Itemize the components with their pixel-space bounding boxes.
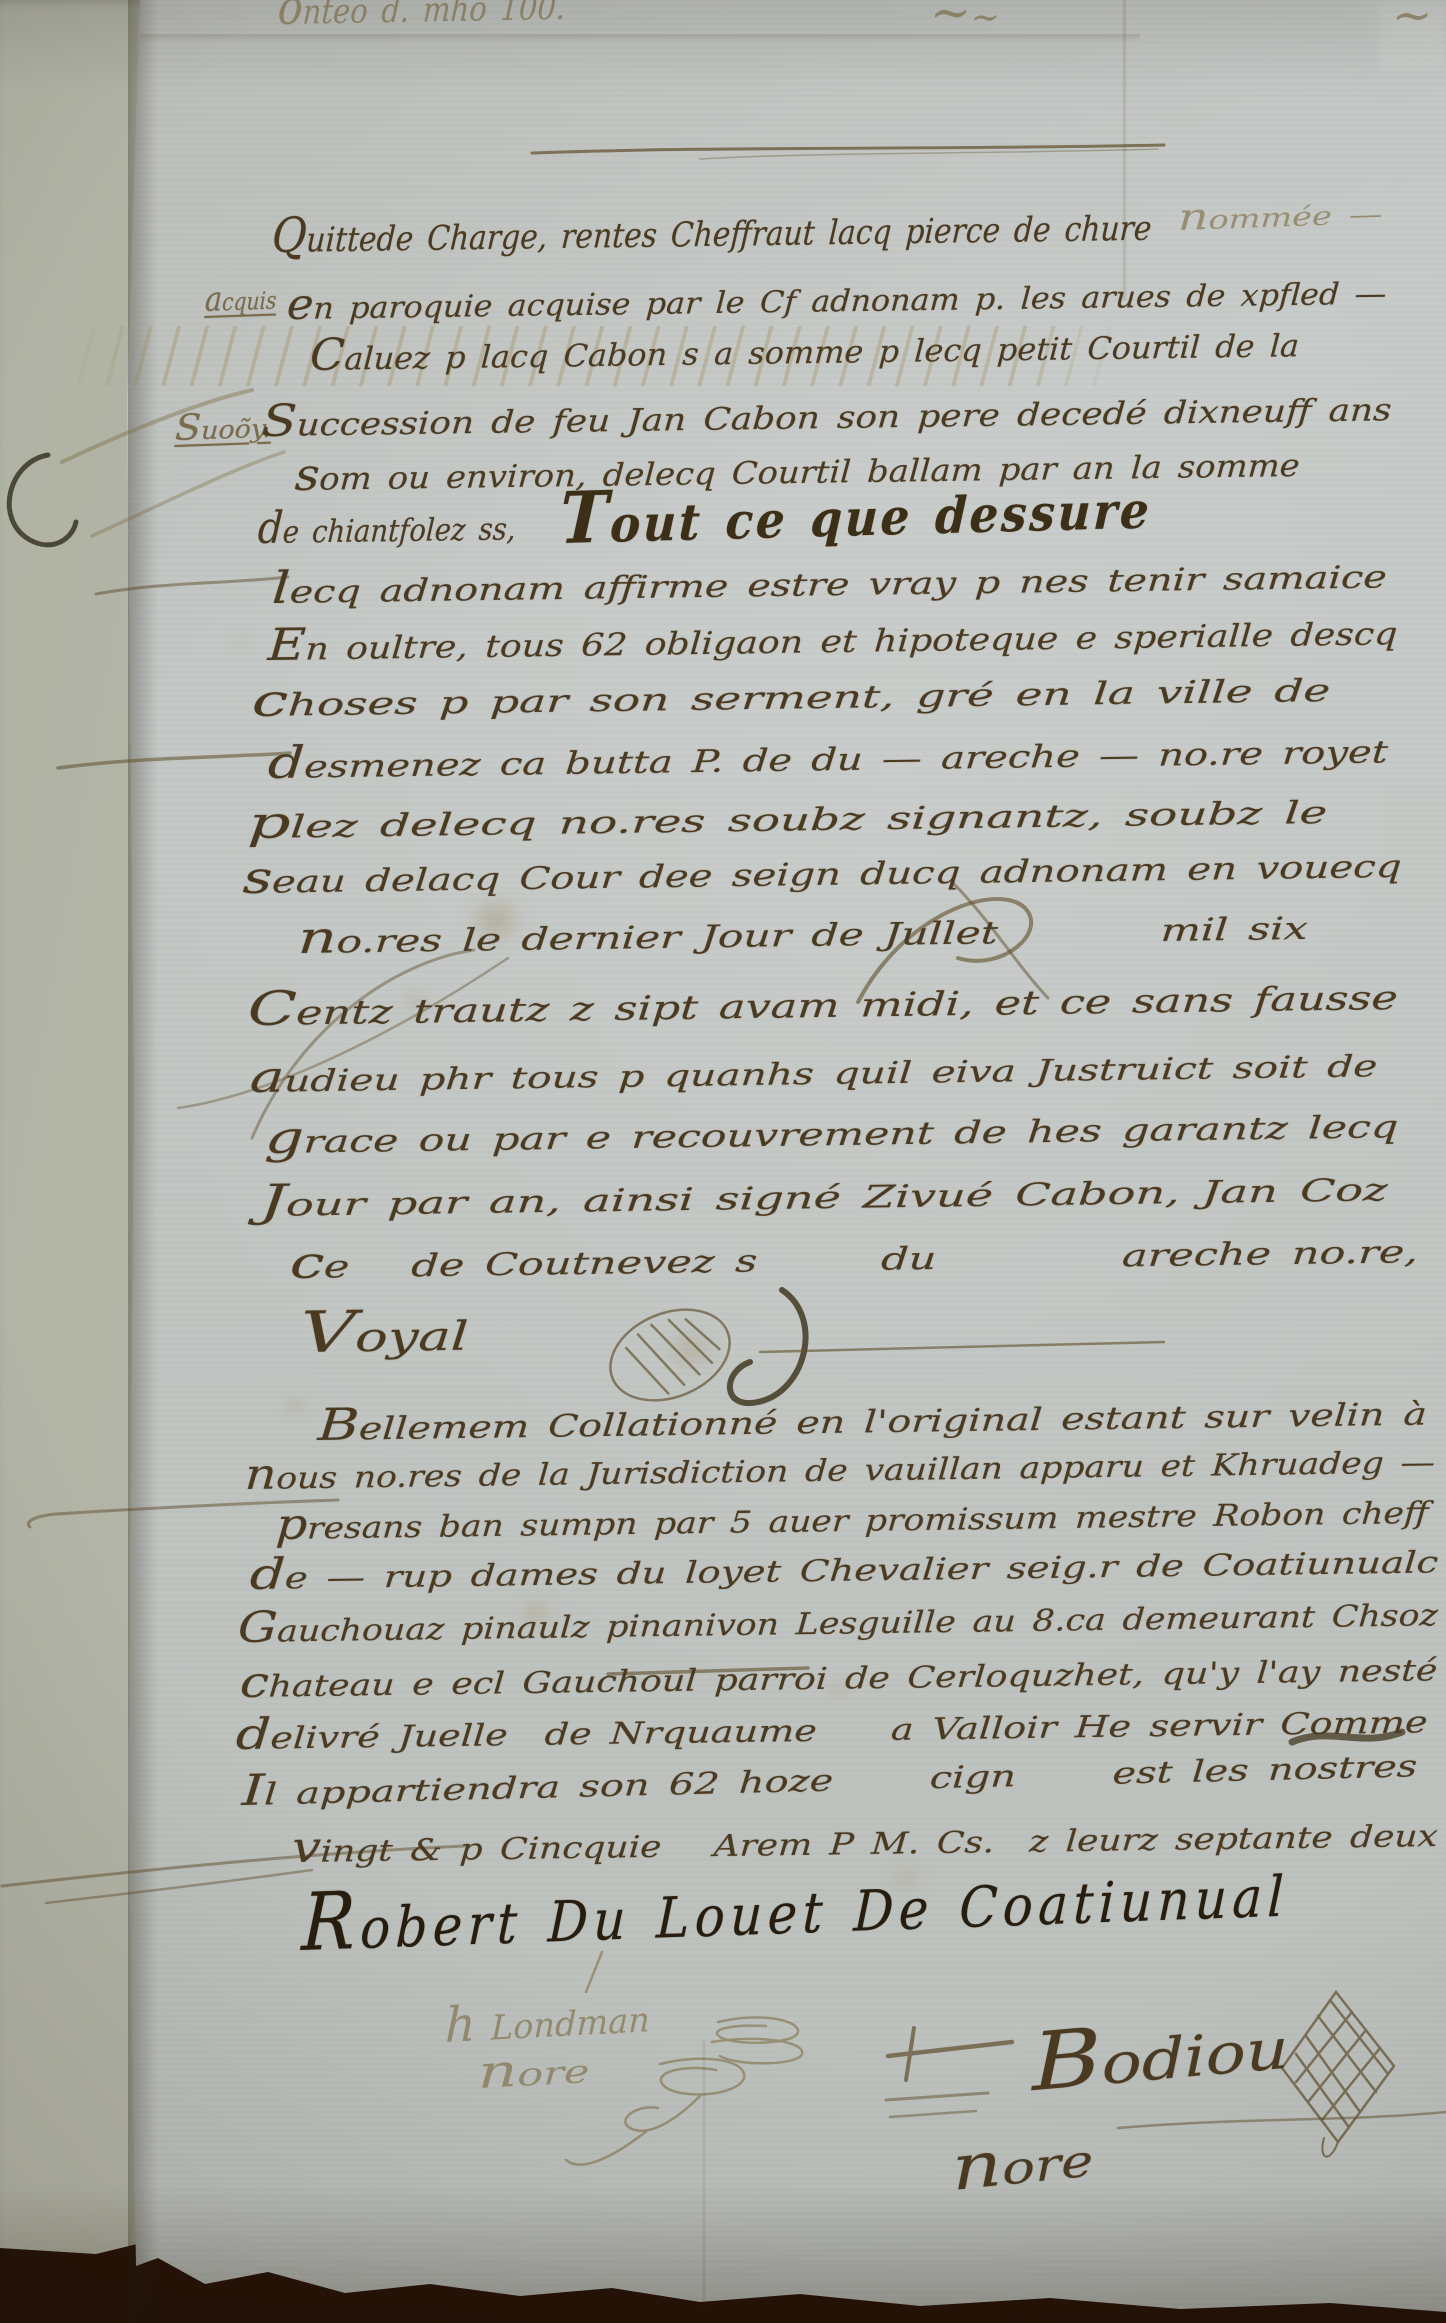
manuscript-line: Centz trautz z sipt avam midi, et ce san… — [246, 967, 1399, 1037]
manuscript-line: nommée — — [1177, 189, 1383, 239]
manuscript-line: En oultre, tous 62 obligaon et hipoteque… — [267, 604, 1400, 671]
manuscript-line: no.res le dernier Jour de Jullet mil six — [297, 899, 1310, 964]
manuscript-line: ce de Coutnevez s du areche no.re, — [289, 1222, 1420, 1289]
margin-note: Suoõy. — [174, 405, 272, 449]
manuscript-line: lecq adnonam affirme estre vray p nes te… — [271, 547, 1389, 614]
manuscript-line: onteo d. mho 100. — [277, 0, 567, 36]
manuscript-line: seau delacq Cour dee seign ducq adnonam … — [242, 837, 1404, 904]
manuscript-line: Jour par an, ainsi signé Zivué Cabon, Ja… — [259, 1160, 1390, 1227]
manuscript-line: de chiantfolez ss, — [257, 499, 518, 554]
manuscript-line: audieu phr tous p quanhs quil eiva Justr… — [249, 1037, 1379, 1103]
manuscript-line: Quittede Charge, rentes Cheffraut lacq p… — [270, 196, 1153, 264]
handwriting-layer: onteo d. mho 100.~~~acquisSuoõy.Quittede… — [0, 0, 1446, 2323]
signature-londman-title: nore — [478, 2040, 590, 2099]
signature-bodiou-title: nore — [951, 2117, 1095, 2205]
signature-bodiou: Bodiou — [1031, 1993, 1289, 2109]
manuscript-line: grace ou par e recouvrement de hes garan… — [264, 1097, 1400, 1164]
manuscript-photograph: { "scene": { "table_color": "#3a1c0b", "… — [0, 0, 1446, 2323]
manuscript-line: desmenez ca butta P. de du — areche — no… — [267, 722, 1390, 789]
manuscript-line: ~~ — [928, 0, 1001, 43]
margin-note: acquis — [204, 277, 277, 320]
manuscript-line: choses p par son serment, gré en la vill… — [251, 661, 1332, 727]
manuscript-line: Voyal — [298, 1298, 470, 1366]
manuscript-line: Tout ce que dessure — [558, 460, 1154, 560]
manuscript-line: ~ — [1390, 0, 1434, 44]
